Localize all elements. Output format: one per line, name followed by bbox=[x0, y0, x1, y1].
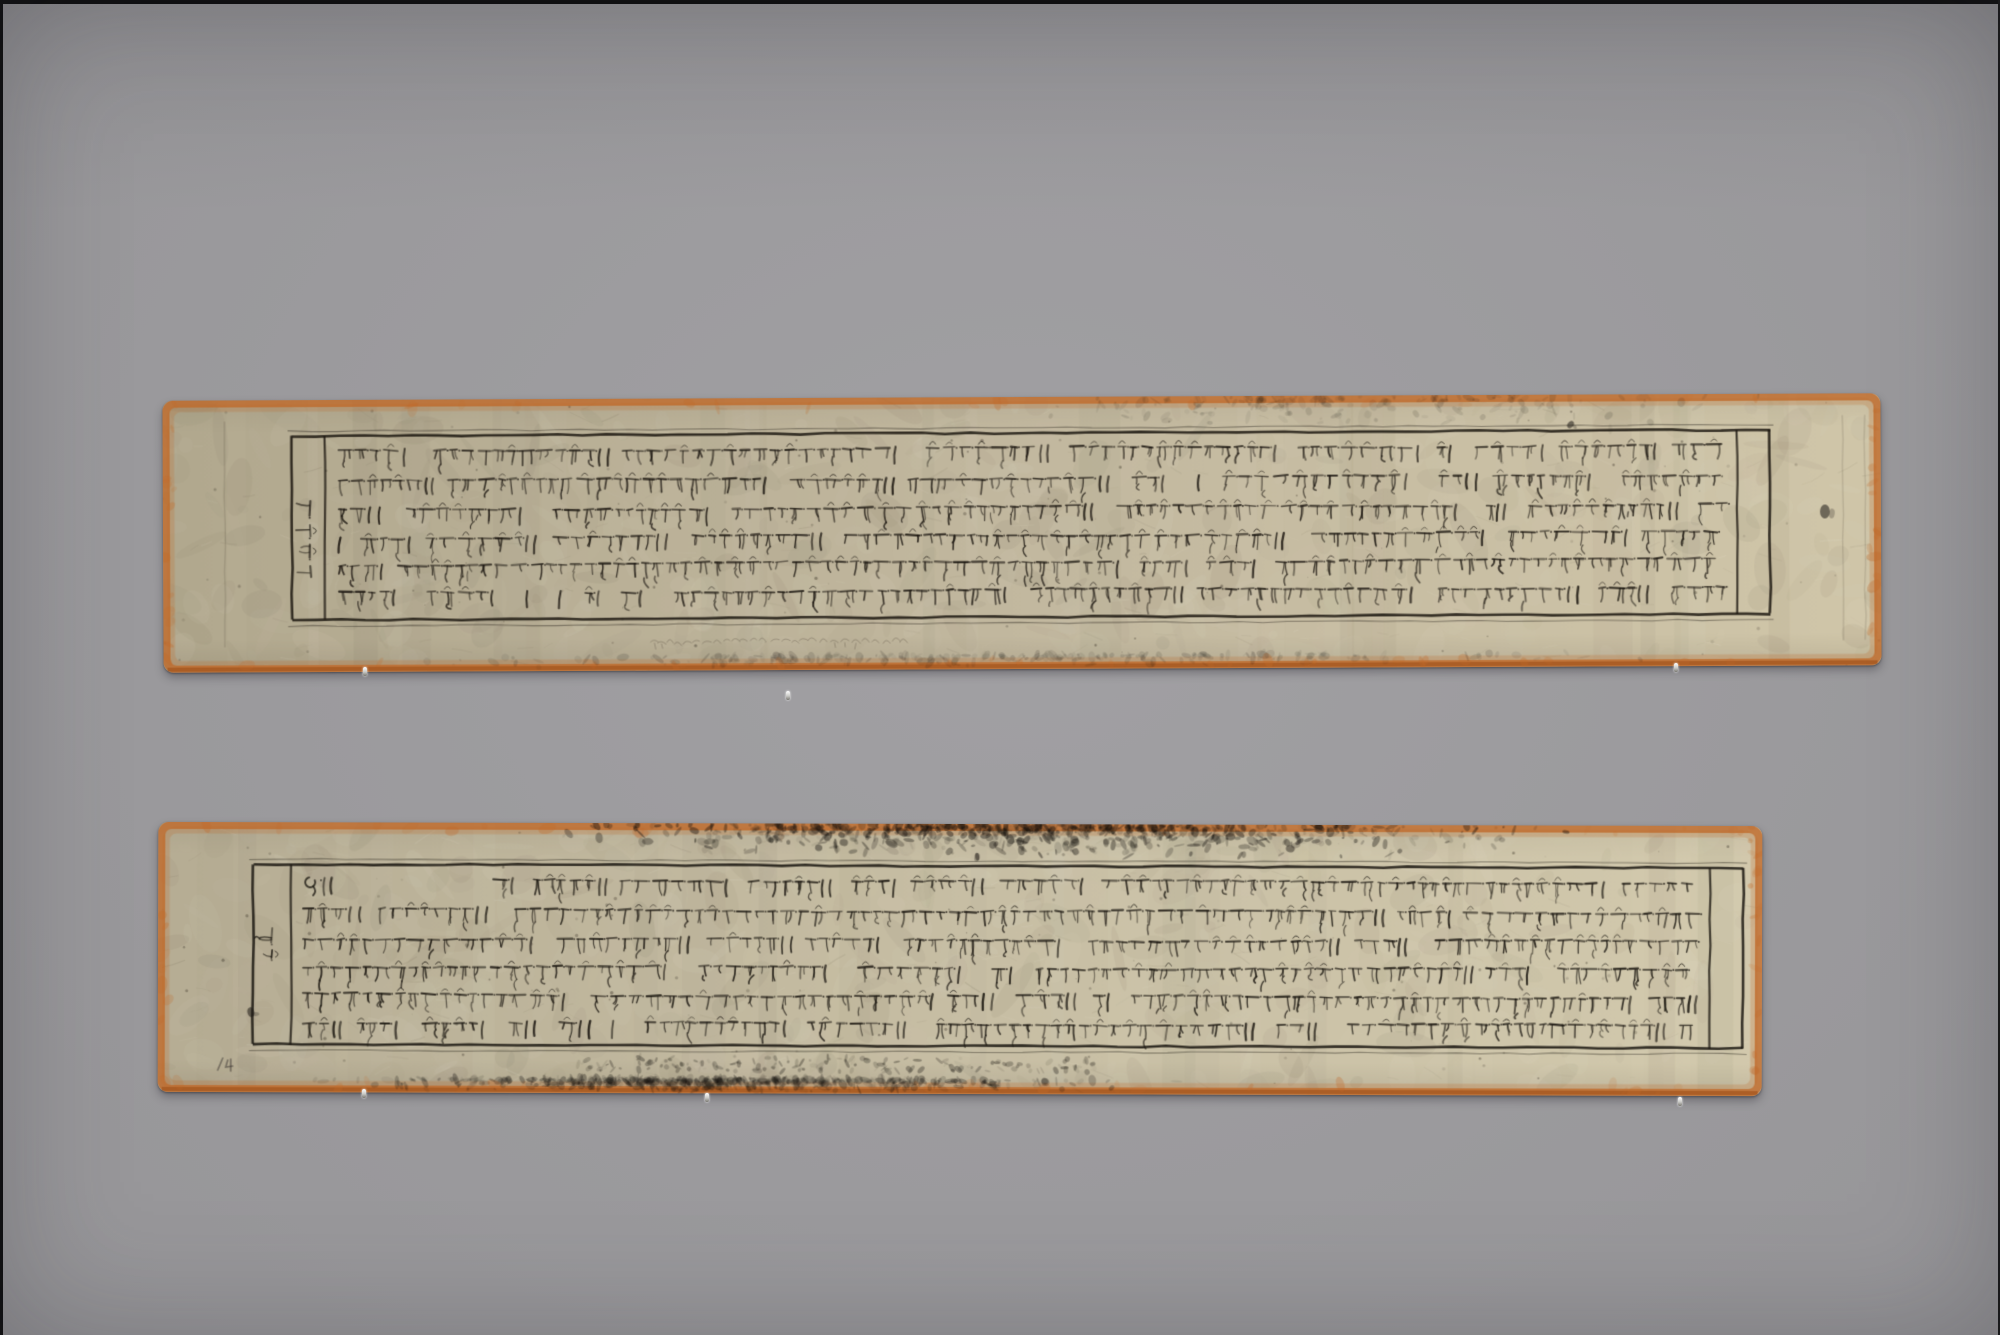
mounting-pin bbox=[705, 1093, 709, 1102]
upper-leaf-canvas bbox=[162, 393, 1881, 672]
mounting-pin bbox=[362, 1089, 366, 1098]
mounting-pin bbox=[363, 667, 367, 676]
photo-edge-top bbox=[0, 0, 2000, 4]
lower-manuscript-leaf bbox=[158, 822, 1763, 1096]
photograph bbox=[0, 0, 2000, 1335]
mounting-pin bbox=[1678, 1097, 1682, 1106]
mounting-pin bbox=[1674, 663, 1678, 672]
lower-leaf-canvas bbox=[158, 822, 1763, 1096]
upper-manuscript-leaf bbox=[162, 393, 1881, 672]
photo-edge-left bbox=[0, 0, 3, 1335]
mounting-pin bbox=[786, 691, 790, 700]
